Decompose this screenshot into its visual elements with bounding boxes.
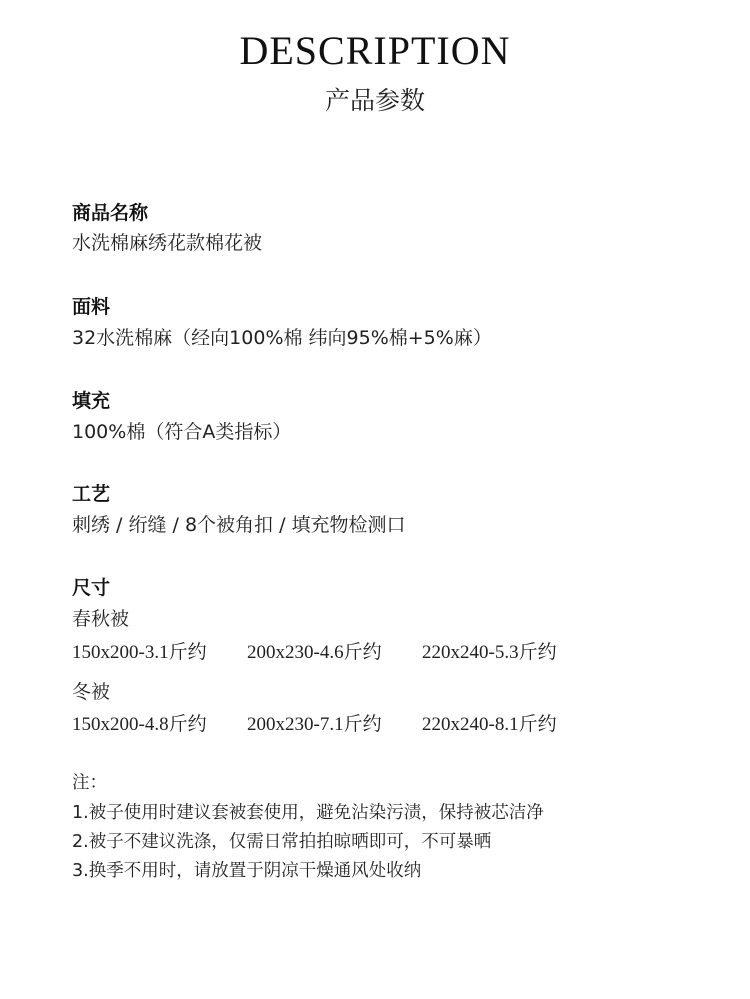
size-item: 200x230-4.6斤约 [247,640,422,666]
size-group-winter-label: 冬被 [72,679,110,705]
size-item: 200x230-7.1斤约 [247,712,422,738]
size-item: 220x240-8.1斤约 [422,712,597,738]
size-row-spring-autumn: 150x200-3.1斤约 200x230-4.6斤约 220x240-5.3斤… [72,640,597,666]
size-item: 150x200-4.8斤约 [72,712,247,738]
fabric-value: 32水洗棉麻（经向100%棉 纬向95%棉+5%麻） [72,325,492,351]
note-item: 2.被子不建议洗涤，仅需日常拍拍晾晒即可，不可暴晒 [72,830,491,854]
note-item: 3.换季不用时，请放置于阴凉干燥通风处收纳 [72,859,421,883]
product-name-value: 水洗棉麻绣花款棉花被 [72,230,262,256]
size-item: 220x240-5.3斤约 [422,640,597,666]
fabric-label: 面料 [72,294,110,320]
notes-label: 注： [72,771,107,795]
product-name-label: 商品名称 [72,200,148,226]
size-row-winter: 150x200-4.8斤约 200x230-7.1斤约 220x240-8.1斤… [72,712,597,738]
craft-value: 刺绣 / 绗缝 / 8个被角扣 / 填充物检测口 [72,512,406,538]
filling-label: 填充 [72,388,110,414]
size-group-spring-autumn-label: 春秋被 [72,606,129,632]
filling-value: 100%棉（符合A类指标） [72,419,291,445]
page-title-english: DESCRIPTION [0,28,750,74]
page-title-chinese: 产品参数 [0,84,750,118]
size-label: 尺寸 [72,575,110,601]
craft-label: 工艺 [72,481,110,507]
size-item: 150x200-3.1斤约 [72,640,247,666]
note-item: 1.被子使用时建议套被套使用，避免沾染污渍，保持被芯洁净 [72,801,544,825]
